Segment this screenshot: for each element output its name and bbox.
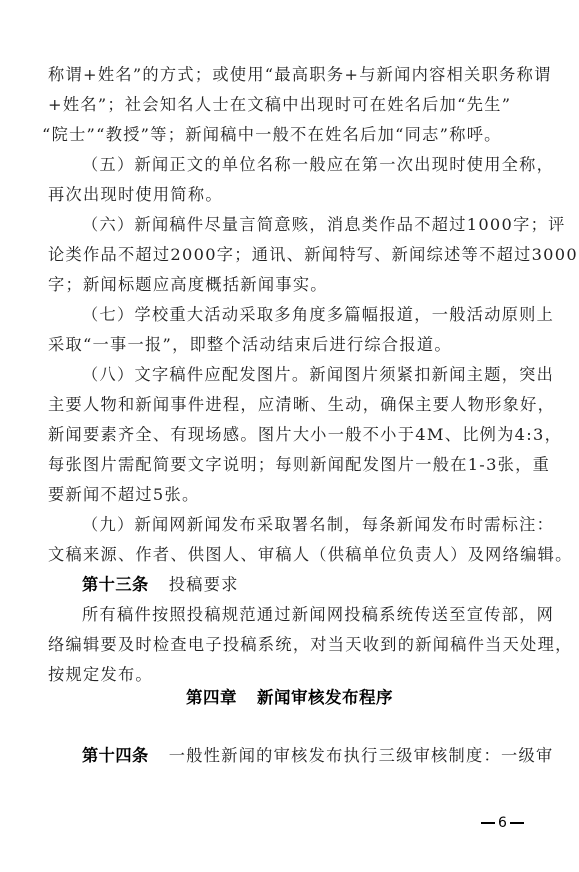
paragraph-7-line: （七）学校重大活动采取多角度多篇幅报道，一般活动原则上: [82, 300, 548, 330]
dash-right: [510, 822, 524, 824]
article-13-line: 络编辑要及时检查电子投稿系统，对当天收到的新闻稿件当天处理，: [48, 630, 548, 660]
chapter-4-heading: 第四章新闻审核发布程序: [0, 683, 579, 713]
text-line: 采取“一事一报”，即整个活动结束后进行综合报道。: [48, 330, 548, 360]
text-line: 文稿来源、作者、供图人、审稿人（供稿单位负责人）及网络编辑。: [48, 540, 548, 570]
page-number-value: 6: [498, 815, 507, 831]
article-14-label: 第十四条: [82, 746, 149, 765]
article-13-heading: 第十三条投稿要求: [82, 570, 548, 600]
paragraph-9-line: （九）新闻网新闻发布采取署名制，每条新闻发布时需标注：: [82, 510, 548, 540]
chapter-4-label: 第四章: [186, 688, 237, 707]
document-page: 称谓+姓名”的方式；或使用“最高职务+与新闻内容相关职务称谓 +姓名”；社会知名…: [0, 0, 579, 872]
paragraph-8-line: （八）文字稿件应配发图片。新闻图片须紧扣新闻主题，突出: [82, 360, 548, 390]
paragraph-5-line: （五）新闻正文的单位名称一般应在第一次出现时使用全称，: [82, 150, 548, 180]
text-line: 主要人物和新闻事件进程，应清晰、生动，确保主要人物形象好，: [48, 390, 548, 420]
text-line: 称谓+姓名”的方式；或使用“最高职务+与新闻内容相关职务称谓: [48, 60, 548, 90]
article-14-text: 一般性新闻的审核发布执行三级审核制度：一级审: [169, 746, 554, 765]
page-number: 6: [478, 815, 527, 831]
dash-left: [481, 822, 495, 824]
text-line: +姓名”；社会知名人士在文稿中出现时可在姓名后加“先生”: [48, 90, 548, 120]
text-line: 再次出现时使用简称。: [48, 180, 548, 210]
text-line: 字；新闻标题应高度概括新闻事实。: [48, 270, 548, 300]
text-line: 论类作品不超过2000字；通讯、新闻特写、新闻综述等不超过3000: [48, 240, 548, 270]
chapter-4-title: 新闻审核发布程序: [257, 688, 393, 707]
text-line: “院士”“教授”等；新闻稿中一般不在姓名后加“同志”称呼。: [42, 120, 542, 150]
article-13-title: 投稿要求: [169, 575, 239, 594]
text-line: 要新闻不超过5张。: [48, 480, 548, 510]
text-line: 每张图片需配简要文字说明；每则新闻配发图片一般在1-3张，重: [48, 450, 548, 480]
article-14-line: 第十四条一般性新闻的审核发布执行三级审核制度：一级审: [82, 741, 548, 771]
article-13-label: 第十三条: [82, 575, 149, 594]
text-line: 新闻要素齐全、有现场感。图片大小一般不小于4M、比例为4:3，: [48, 420, 548, 450]
paragraph-6-line: （六）新闻稿件尽量言简意赅，消息类作品不超过1000字；评: [82, 210, 548, 240]
article-13-line: 所有稿件按照投稿规范通过新闻网投稿系统传送至宣传部，网: [82, 600, 548, 630]
